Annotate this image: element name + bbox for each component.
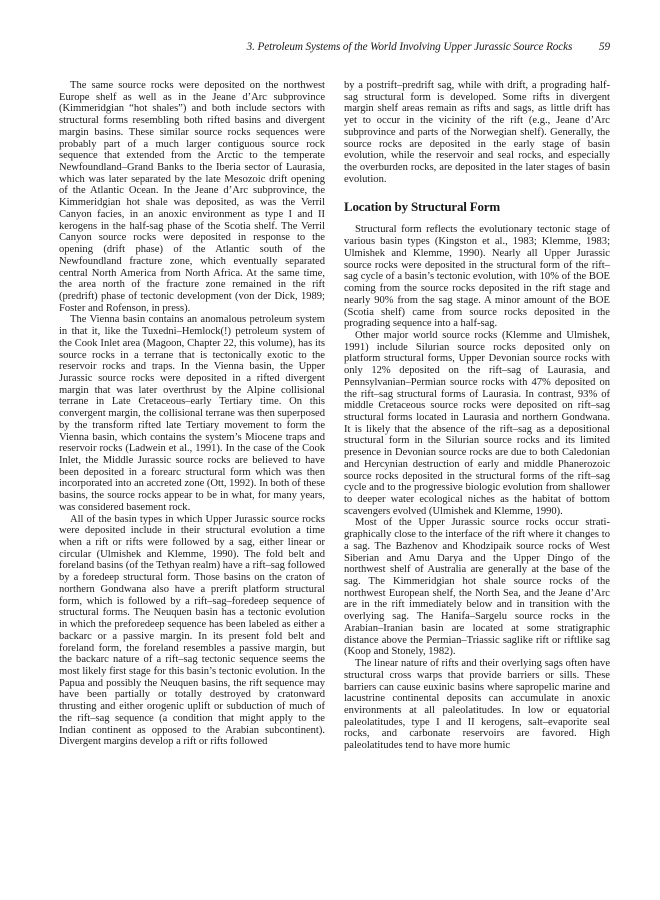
- paragraph: Structural form reflects the evolutionar…: [344, 224, 610, 329]
- chapter-title: 3. Petroleum Systems of the World Involv…: [247, 41, 573, 53]
- paragraph: Other major world source rocks (Klemme a…: [344, 330, 610, 518]
- paragraph: Most of the Upper Jurassic source rocks …: [344, 517, 610, 658]
- section-heading: Location by Structural Form: [344, 199, 610, 215]
- paragraph: The Vienna basin contains an anomalous p…: [59, 314, 325, 513]
- paragraph: The linear nature of rifts and their ove…: [344, 658, 610, 752]
- continuation-paragraph: by a postrift–predrift sag, while with d…: [344, 80, 610, 185]
- paragraph: All of the basin types in which Upper Ju…: [59, 514, 325, 748]
- right-column: by a postrift–predrift sag, while with d…: [344, 80, 610, 752]
- running-head: 3. Petroleum Systems of the World Involv…: [0, 41, 610, 53]
- paragraph: The same source rocks were deposited on …: [59, 80, 325, 314]
- page-number: 59: [599, 41, 610, 53]
- left-column: The same source rocks were deposited on …: [59, 80, 325, 748]
